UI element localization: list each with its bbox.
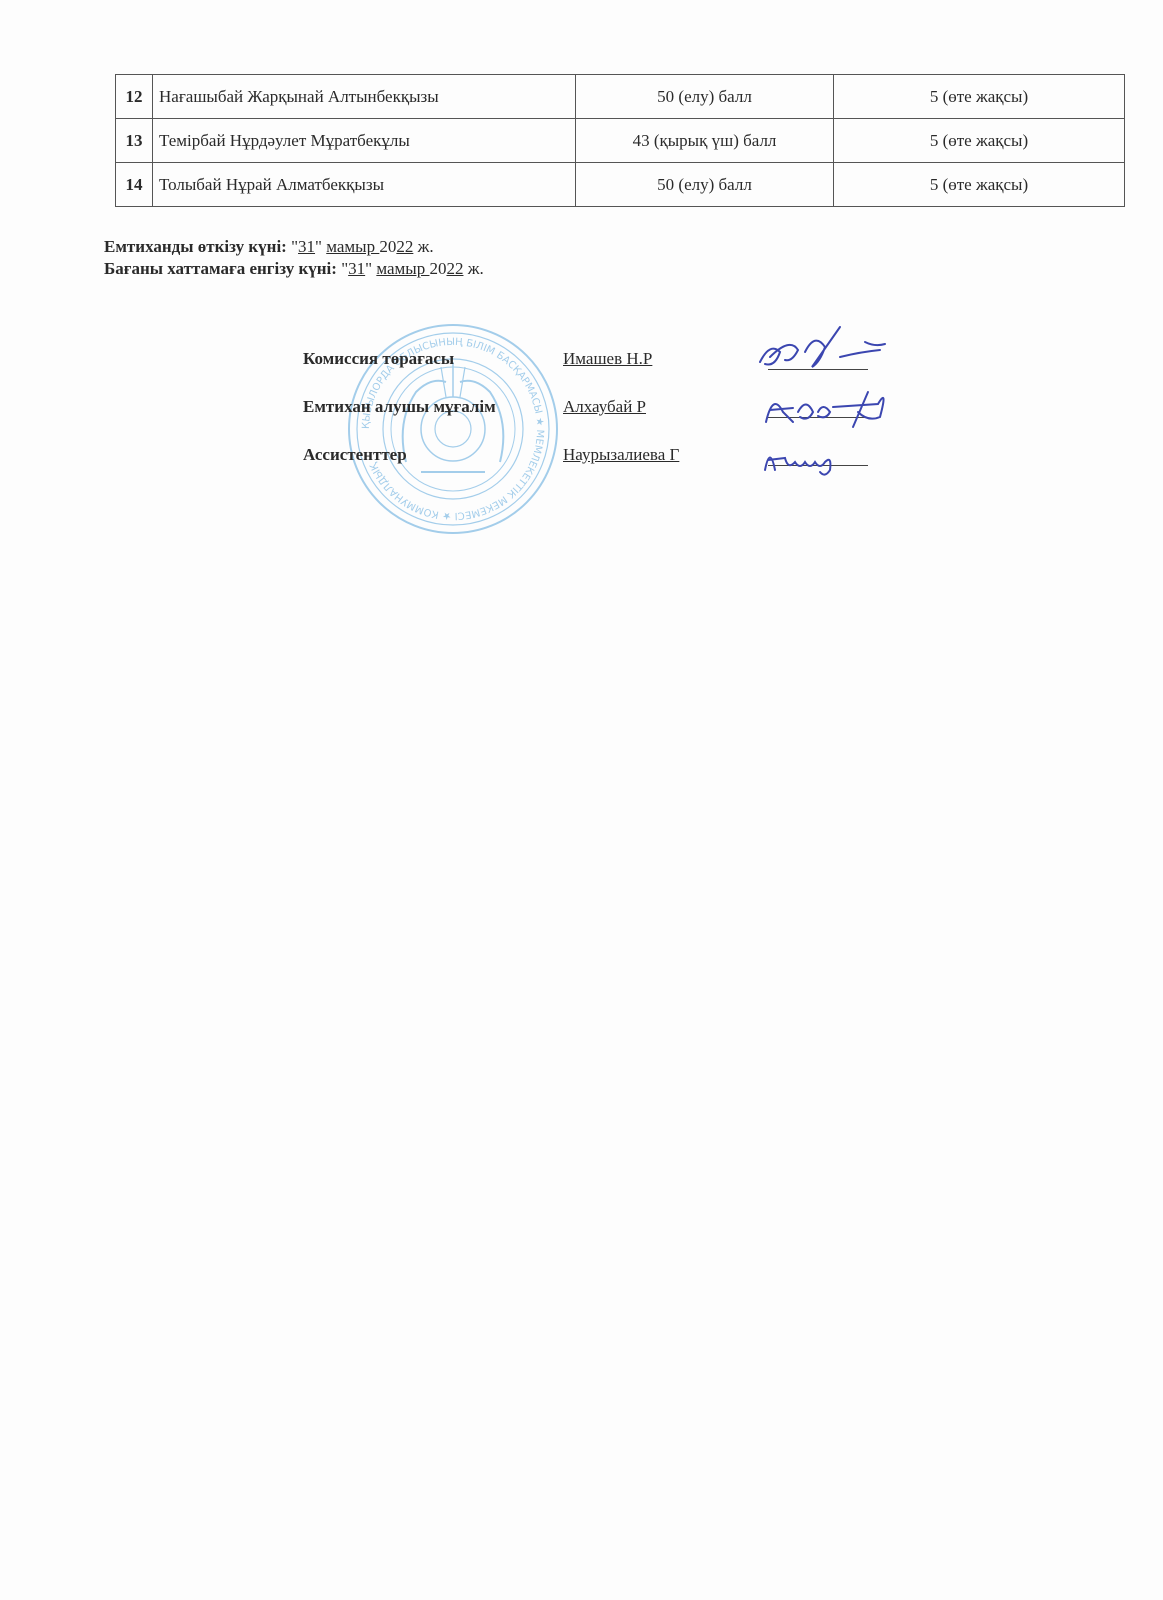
- grades-table: 12 Нағашыбай Жарқынай Алтынбекқызы 50 (е…: [115, 74, 1125, 207]
- exam-year-suffix: 22: [396, 237, 413, 256]
- student-name: Темірбай Нұрдәулет Мұратбекұлы: [153, 119, 576, 163]
- chair-name: Имашев Н.Р: [563, 349, 652, 369]
- assistant-name: Наурызалиева Г: [563, 445, 679, 465]
- teacher-signature-icon: [758, 382, 898, 432]
- score-cell: 43 (қырық үш) балл: [576, 119, 834, 163]
- exam-date-line: Емтиханды өткізу күні: "31" мамыр 2022 ж…: [104, 236, 484, 258]
- table-row: 14 Толыбай Нұрай Алматбекқызы 50 (елу) б…: [116, 163, 1125, 207]
- exam-date-suffix: ж.: [413, 237, 433, 256]
- entry-date-line: Бағаны хаттамаға енгізу күні: "31" мамыр…: [104, 258, 484, 280]
- grade-cell: 5 (өте жақсы): [834, 163, 1125, 207]
- teacher-name: Алхаубай Р: [563, 397, 646, 417]
- exam-date-label: Емтиханды өткізу күні:: [104, 237, 287, 256]
- entry-date-suffix: ж.: [463, 259, 483, 278]
- entry-day: 31: [348, 259, 365, 278]
- grade-cell: 5 (өте жақсы): [834, 75, 1125, 119]
- exam-day: 31: [298, 237, 315, 256]
- dates-block: Емтиханды өткізу күні: "31" мамыр 2022 ж…: [104, 236, 484, 280]
- exam-month: мамыр: [326, 237, 379, 256]
- teacher-role: Емтихан алушы мұғалім: [303, 397, 496, 417]
- assistant-signature-icon: [760, 440, 860, 480]
- score-cell: 50 (елу) балл: [576, 163, 834, 207]
- score-cell: 50 (елу) балл: [576, 75, 834, 119]
- entry-month: мамыр: [376, 259, 429, 278]
- student-name: Толыбай Нұрай Алматбекқызы: [153, 163, 576, 207]
- row-number: 12: [116, 75, 153, 119]
- assistant-role: Ассистенттер: [303, 445, 407, 465]
- table-row: 13 Темірбай Нұрдәулет Мұратбекұлы 43 (қы…: [116, 119, 1125, 163]
- entry-year-suffix: 22: [446, 259, 463, 278]
- exam-year-prefix: 20: [379, 237, 396, 256]
- entry-year-prefix: 20: [429, 259, 446, 278]
- student-name: Нағашыбай Жарқынай Алтынбекқызы: [153, 75, 576, 119]
- table-row: 12 Нағашыбай Жарқынай Алтынбекқызы 50 (е…: [116, 75, 1125, 119]
- row-number: 14: [116, 163, 153, 207]
- chair-role: Комиссия төрағасы: [303, 349, 454, 369]
- grade-cell: 5 (өте жақсы): [834, 119, 1125, 163]
- row-number: 13: [116, 119, 153, 163]
- chair-signature-icon: [750, 322, 900, 382]
- document-page: 12 Нағашыбай Жарқынай Алтынбекқызы 50 (е…: [0, 0, 1163, 1600]
- entry-date-label: Бағаны хаттамаға енгізу күні:: [104, 259, 337, 278]
